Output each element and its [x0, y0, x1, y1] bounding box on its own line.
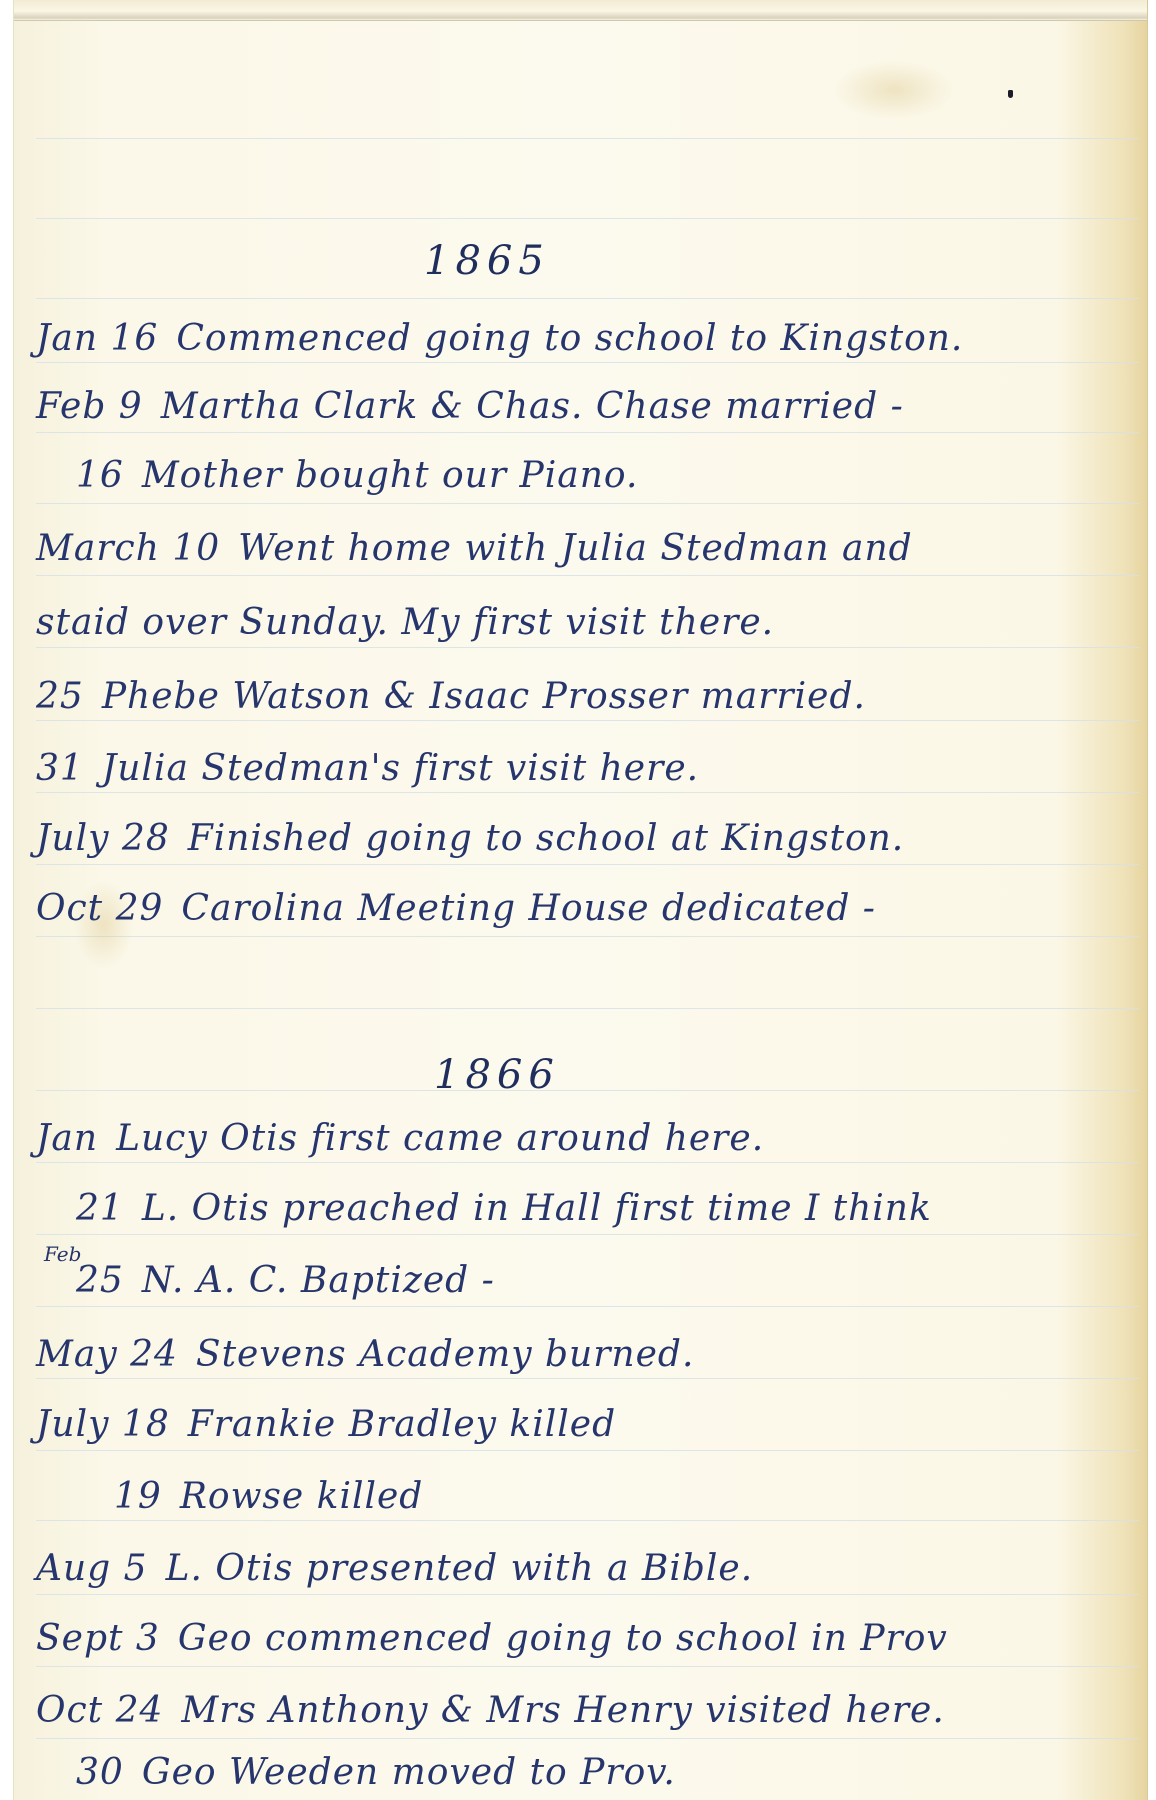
entry-date: 25	[76, 1260, 124, 1301]
ruled-line	[36, 1520, 1139, 1521]
entry-text: Rowse killed	[180, 1476, 424, 1517]
diary-entry-continuation: staid over Sunday. My first visit there.	[36, 602, 774, 643]
entry-date: 19	[114, 1476, 162, 1517]
ruled-line	[36, 936, 1139, 937]
diary-entry: 25N. A. C. Baptized -	[76, 1260, 495, 1301]
ruled-line	[36, 1090, 1139, 1091]
ruled-line	[36, 1378, 1139, 1379]
ruled-line	[36, 575, 1139, 576]
entry-text: Finished going to school at Kingston.	[188, 818, 905, 859]
entry-text: Martha Clark & Chas. Chase married -	[161, 386, 904, 427]
diary-entry: July 28Finished going to school at Kings…	[36, 818, 904, 859]
ruled-line	[36, 1666, 1139, 1667]
entry-date: Aug 5	[36, 1548, 148, 1589]
entry-text: L. Otis presented with a Bible.	[166, 1548, 754, 1589]
entry-text: Went home with Julia Stedman and	[238, 528, 913, 569]
diary-entry: Jan 16Commenced going to school to Kings…	[36, 318, 963, 359]
entry-text: Lucy Otis first came around here.	[116, 1118, 764, 1159]
entry-text: Geo commenced going to school in Prov	[178, 1618, 948, 1659]
entry-date: 21	[76, 1188, 124, 1229]
entry-date: 31	[36, 748, 84, 789]
ruled-line	[36, 362, 1139, 363]
entry-date: Jan	[36, 1118, 98, 1159]
paper-stain	[834, 60, 954, 120]
entry-date: May 24	[36, 1334, 178, 1375]
diary-entry: 30Geo Weeden moved to Prov.	[76, 1752, 676, 1793]
ink-speck	[1008, 90, 1013, 98]
entry-text: L. Otis preached in Hall first time I th…	[142, 1188, 932, 1229]
ruled-line	[36, 503, 1139, 504]
ruled-line	[36, 298, 1139, 299]
diary-entry: JanLucy Otis first came around here.	[36, 1118, 764, 1159]
diary-entry: Oct 29Carolina Meeting House dedicated -	[36, 888, 876, 929]
ruled-line	[36, 1306, 1139, 1307]
entry-date: Sept 3	[36, 1618, 160, 1659]
entry-text: Stevens Academy burned.	[196, 1334, 695, 1375]
entry-text: Mother bought our Piano.	[142, 455, 639, 496]
entry-text: staid over Sunday. My first visit there.	[36, 602, 774, 643]
entry-date: 25	[36, 676, 84, 717]
ruled-line	[36, 1594, 1139, 1595]
ruled-line	[36, 647, 1139, 648]
entry-date: 30	[76, 1752, 124, 1793]
ruled-line	[36, 1234, 1139, 1235]
diary-entry: July 18Frankie Bradley killed	[36, 1404, 616, 1445]
entry-date: March 10	[36, 528, 220, 569]
year-heading-1865: 1865	[424, 238, 550, 284]
entry-date: Feb 9	[36, 386, 143, 427]
entry-date: 16	[76, 455, 124, 496]
ruled-line	[36, 1738, 1139, 1739]
ruled-line	[36, 1008, 1139, 1009]
diary-entry: Feb 9Martha Clark & Chas. Chase married …	[36, 386, 904, 427]
entry-date: Jan 16	[36, 318, 158, 359]
entry-text: Phebe Watson & Isaac Prosser married.	[102, 676, 866, 717]
entry-date: July 18	[36, 1404, 170, 1445]
ruled-line	[36, 1162, 1139, 1163]
diary-entry: Aug 5L. Otis presented with a Bible.	[36, 1548, 753, 1589]
diary-entry: 21L. Otis preached in Hall first time I …	[76, 1188, 932, 1229]
entry-text: Mrs Anthony & Mrs Henry visited here.	[181, 1690, 944, 1731]
ruled-line	[36, 218, 1139, 219]
year-heading-1866: 1866	[434, 1052, 560, 1098]
ruled-line	[36, 864, 1139, 865]
ruled-line	[36, 1450, 1139, 1451]
ruled-line	[36, 720, 1139, 721]
entry-date: July 28	[36, 818, 170, 859]
diary-entry: 19Rowse killed	[114, 1476, 423, 1517]
diary-entry: 25Phebe Watson & Isaac Prosser married.	[36, 676, 866, 717]
diary-entry: March 10Went home with Julia Stedman and	[36, 528, 913, 569]
diary-entry: 31Julia Stedman's first visit here.	[36, 748, 699, 789]
ruled-line	[36, 792, 1139, 793]
diary-entry: Oct 24Mrs Anthony & Mrs Henry visited he…	[36, 1690, 945, 1731]
entry-text: Geo Weeden moved to Prov.	[142, 1752, 676, 1793]
ruled-line	[36, 138, 1139, 139]
entry-text: Commenced going to school to Kingston.	[176, 318, 963, 359]
entry-text: Frankie Bradley killed	[188, 1404, 616, 1445]
diary-page: 1865 Jan 16Commenced going to school to …	[14, 0, 1147, 1800]
diary-entry: Sept 3Geo commenced going to school in P…	[36, 1618, 948, 1659]
entry-text: Julia Stedman's first visit here.	[102, 748, 699, 789]
entry-text: N. A. C. Baptized -	[142, 1260, 495, 1301]
ruled-line	[36, 432, 1139, 433]
diary-entry: May 24Stevens Academy burned.	[36, 1334, 694, 1375]
entry-date: Oct 29	[36, 888, 163, 929]
diary-entry: 16Mother bought our Piano.	[76, 455, 638, 496]
entry-text: Carolina Meeting House dedicated -	[181, 888, 876, 929]
page-top-binding-edge	[14, 0, 1147, 21]
entry-date: Oct 24	[36, 1690, 163, 1731]
